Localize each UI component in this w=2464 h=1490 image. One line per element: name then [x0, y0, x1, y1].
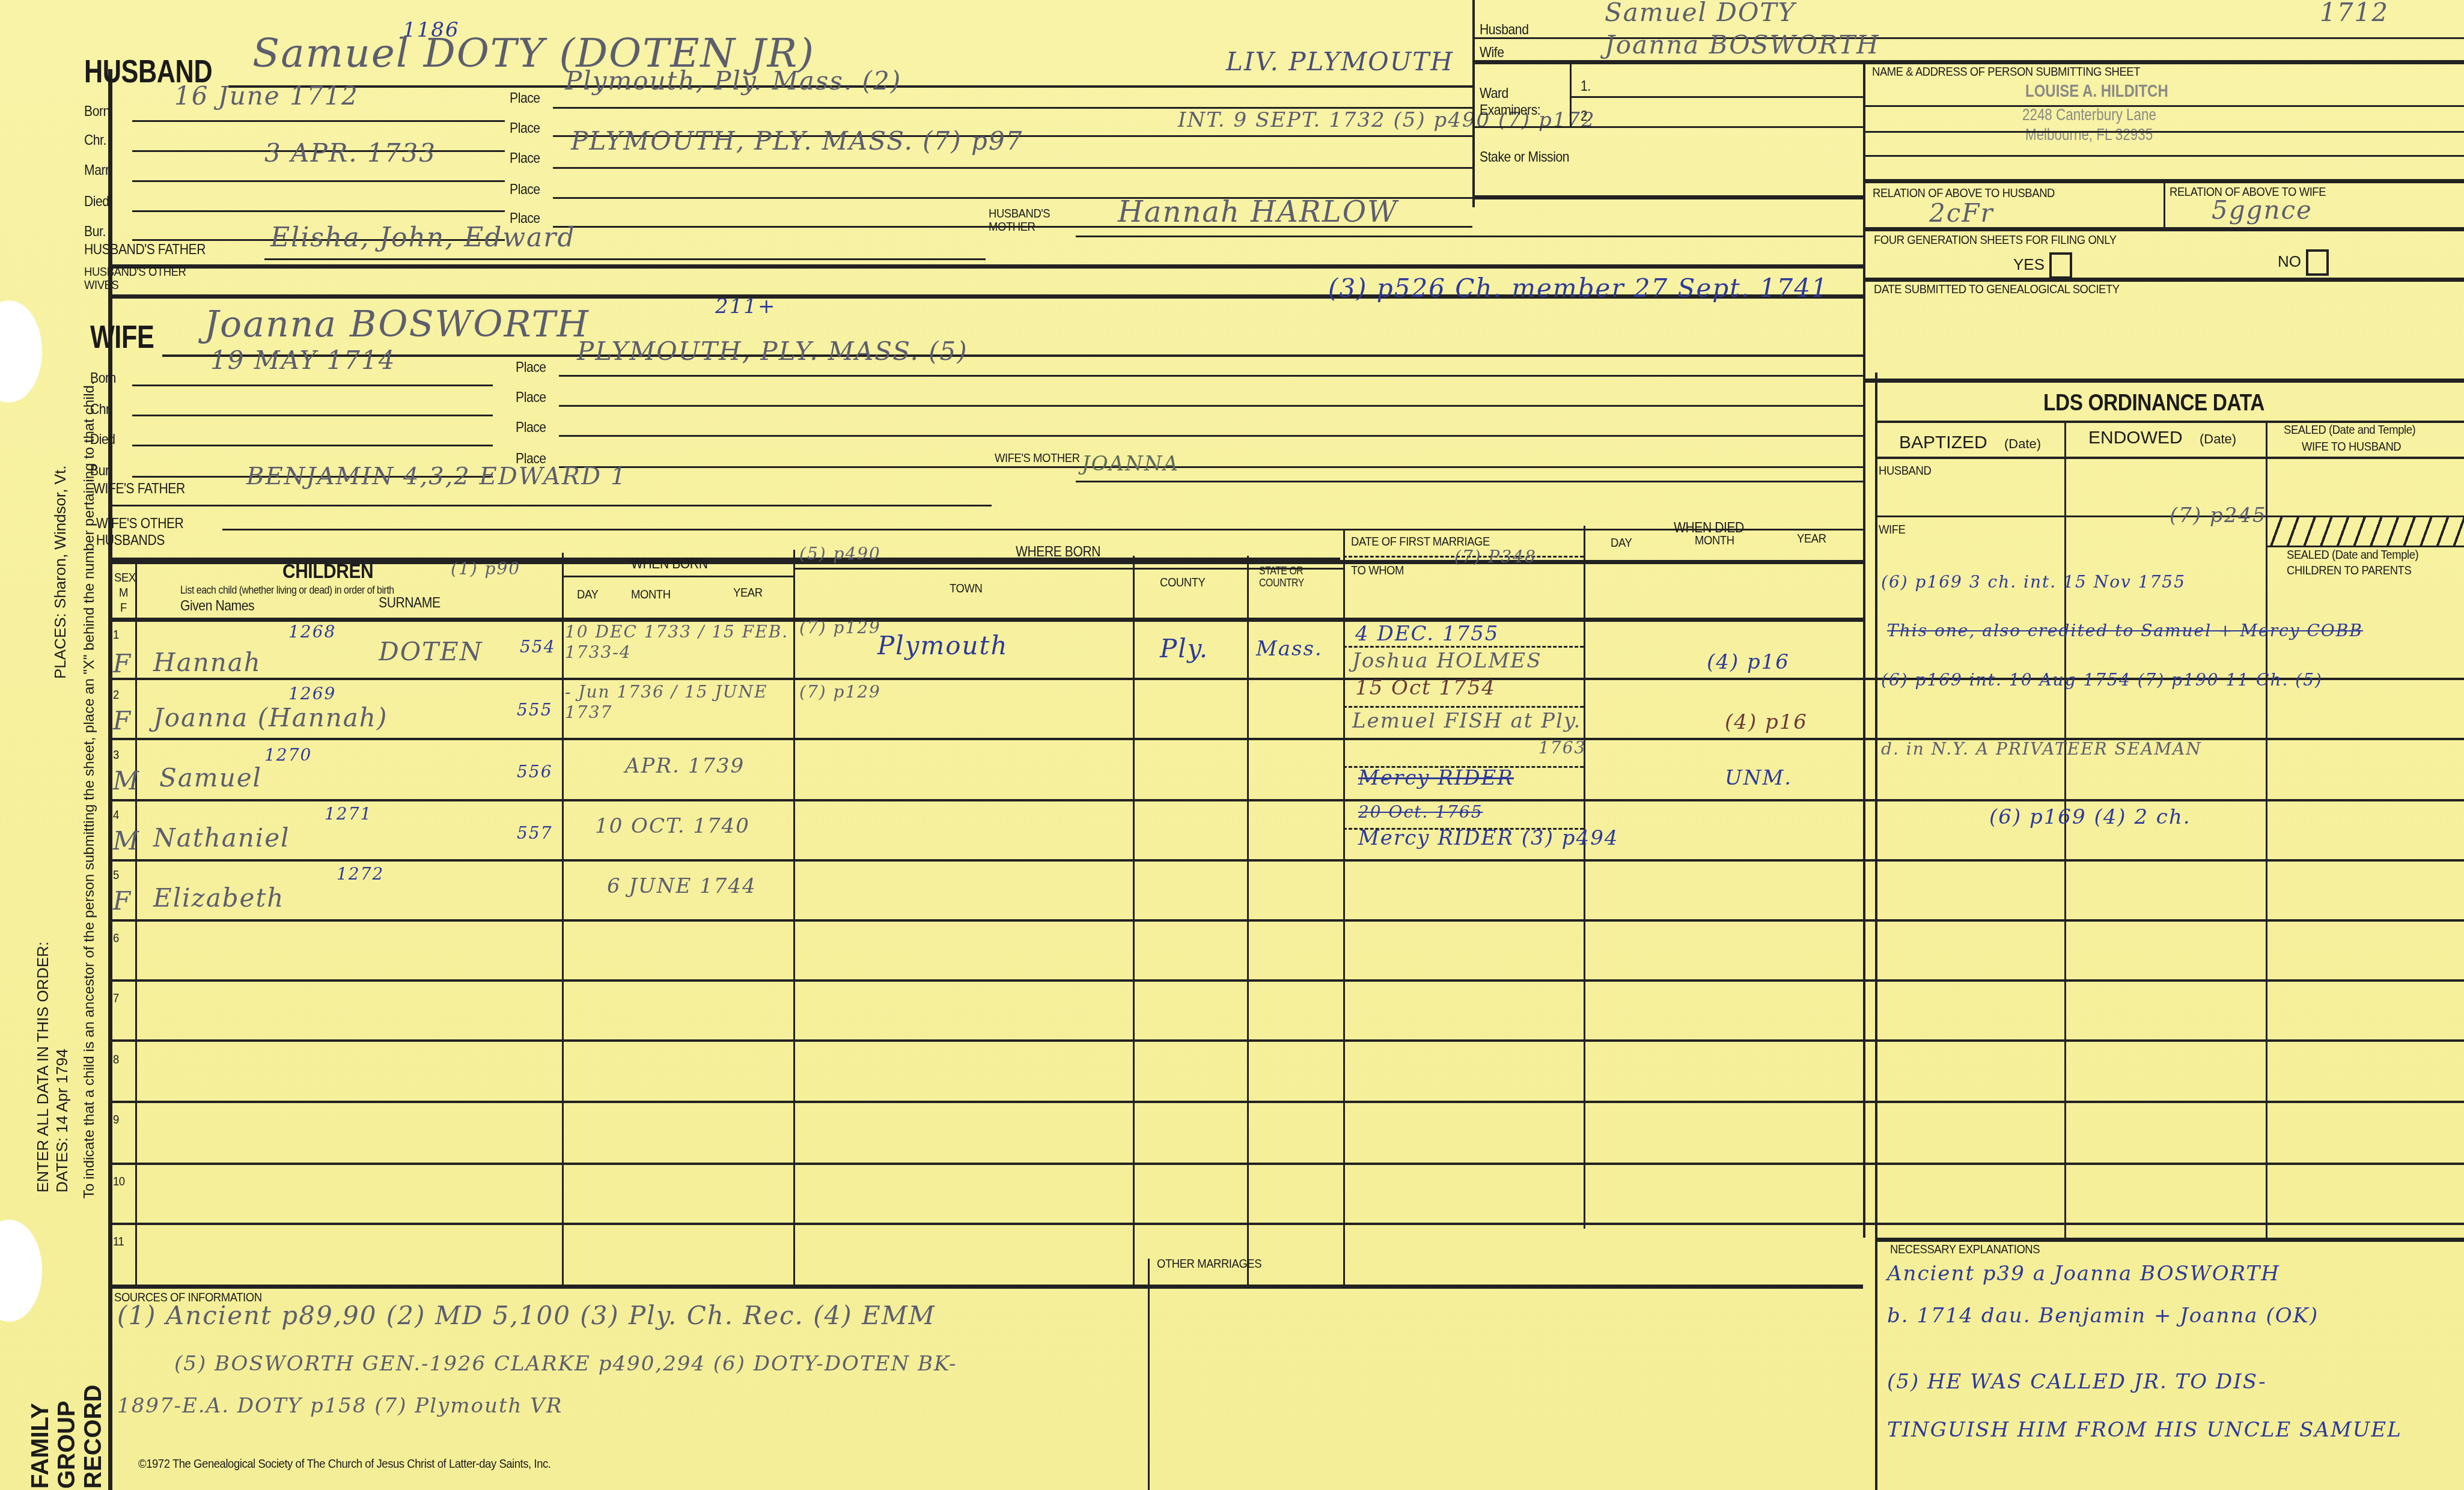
header-wife-label: Wife [1480, 44, 1504, 61]
lds-baptized-header: BAPTIZED (Date) [1899, 433, 2041, 453]
children-subheader: List each child (whether living or dead)… [180, 584, 394, 597]
child-ordinance-struck: This one, also credited to Samuel + Merc… [1887, 619, 2452, 643]
submitter-line-1 [1863, 105, 2464, 107]
relation-divider [2164, 179, 2165, 227]
col-sex [135, 562, 137, 1286]
baptized-label: BAPTIZED [1899, 433, 1987, 452]
where-born-header: WHERE BORN [1016, 544, 1100, 561]
wife-chr-place-line [559, 405, 1863, 407]
born-date-line [132, 120, 505, 122]
husband-mother-label: HUSBAND'S MOTHER [989, 207, 1094, 234]
submitter-line-2 [1863, 131, 2464, 133]
row-line-5 [108, 919, 2464, 922]
child-born-note: (7) p129 [799, 682, 881, 702]
header-husband-label: Husband [1480, 22, 1528, 38]
stake-bottom-line [1472, 195, 1863, 199]
wife-born-date-line [132, 385, 493, 386]
sealed-children-header-2: CHILDREN TO PARENTS [2287, 564, 2411, 578]
wife-chr-date-line [132, 415, 493, 416]
child-born: - Jun 1736 / 15 JUNE 1737 [565, 682, 793, 723]
child-given-name: Samuel [159, 763, 262, 792]
submitter-name-stamp: LOUISE A. HILDITCH [2025, 81, 2168, 102]
husband-marr-date: 3 APR. 1733 [264, 138, 436, 168]
ward-examiners-label: Ward Examiners: [1480, 85, 1570, 119]
ordinance-bottom [1875, 1238, 2464, 1242]
child-given-name: Nathaniel [153, 823, 290, 853]
child-given-name: Joanna (Hannah) [153, 703, 388, 732]
child-given-name: Hannah [153, 648, 261, 677]
row-line-6 [108, 979, 2464, 982]
died-year-header: YEAR [1797, 532, 1826, 546]
header-husband-value: Samuel DOTY [1605, 0, 1796, 27]
wife-church-membership-note: (3) p526 Ch. member 27 Sept. 1741 [1328, 273, 1829, 303]
died-label: Died [90, 431, 115, 448]
lds-header-bottom [1875, 457, 2464, 459]
child-sex: F [113, 886, 132, 916]
explanations-line-2: b. 1714 dau. Benjamin + Joanna (OK) [1887, 1304, 2319, 1328]
lds-husband-row-label: HUSBAND [1879, 464, 1931, 478]
child-number: 5 [113, 868, 119, 883]
child-town: Plymouth [877, 631, 1008, 660]
marr-date-line [132, 180, 505, 182]
marriage-dash-2 [1343, 706, 1584, 708]
surname-header: SURNAME [379, 595, 441, 612]
marr-place-line [553, 167, 1472, 169]
four-gen-no-option[interactable]: NO [2278, 249, 2329, 276]
husband-other-wives-label: HUSBAND'S OTHER WIVES [84, 266, 190, 292]
to-whom-header: TO WHOM [1351, 564, 1404, 578]
lds-wife-endowed-note: (7) p245 [2170, 503, 2267, 528]
where-born-source-note: (5) p490 [799, 544, 881, 564]
born-label: Born [90, 370, 116, 387]
child-born: APR. 1739 [625, 754, 745, 778]
relation-bottom [1863, 227, 2464, 231]
children-header: CHILDREN [282, 560, 373, 583]
child-spouse-struck: Mercy RIDER [1358, 766, 1514, 790]
submitter-address-1: 2248 Canterbury Lane [2022, 105, 2156, 124]
endowed-label: ENDOWED [2088, 428, 2183, 448]
when-born-header: WHEN BORN [631, 556, 707, 573]
husband-father-label: HUSBAND'S FATHER [84, 242, 206, 258]
child-number-9: 9 [113, 1113, 119, 1127]
place-label: Place [516, 419, 546, 436]
explanations-line-4: TINGUISH HIM FROM HIS UNCLE SAMUEL [1887, 1418, 2402, 1442]
wife-died-date-line [132, 445, 493, 446]
date-label: (Date) [2200, 431, 2236, 446]
child-id: 1268 [288, 622, 336, 642]
died-day-header: DAY [1611, 536, 1632, 550]
child-born: 10 OCT. 1740 [595, 814, 750, 838]
child-number-10: 10 [113, 1175, 125, 1189]
died-date-line [132, 210, 505, 212]
family-group-record-sheet: FAMILY GROUP RECORD ENTER ALL DATA IN TH… [0, 0, 2464, 1490]
child-born-note: (7) p129 [799, 618, 881, 637]
yes-label: YES [2013, 255, 2045, 273]
yes-checkbox[interactable] [2049, 252, 2072, 279]
child-id: 1272 [337, 864, 384, 884]
bur-label: Bur. [84, 223, 106, 240]
row-line-4 [108, 859, 2464, 862]
place-label: Place [510, 181, 540, 198]
marr-label: Marr. [84, 162, 112, 179]
child-number: 1 [113, 628, 119, 642]
child-ref: 556 [517, 762, 552, 782]
header-wife-value: Joanna BOSWORTH [1605, 30, 1880, 59]
lds-title: LDS ORDINANCE DATA [2043, 391, 2264, 416]
child-marriage-date: 20 Oct. 1765 [1358, 802, 1483, 822]
place-label: Place [516, 359, 546, 376]
state-header: STATE OR COUNTRY [1259, 565, 1328, 589]
child-spouse: Mercy RIDER (3) p494 [1358, 826, 1618, 850]
died-label: Died [84, 193, 109, 210]
child-id: 1269 [288, 684, 336, 704]
ward-examiner-2: 2. [1581, 108, 1591, 125]
header-wife-line [1472, 60, 2464, 64]
given-names-header: Given Names [180, 598, 254, 615]
row-line-3 [108, 799, 2464, 801]
wife-mother: JOANNA [1082, 452, 1179, 476]
child-died: (4) p16 [1707, 650, 1790, 674]
child-ordinance: (6) p169 3 ch. int. 15 Nov 1755 [1881, 572, 2186, 592]
sex-m-header: M [119, 586, 128, 600]
child-died: (4) p16 [1725, 710, 1808, 734]
right-panel-divider-2 [1875, 372, 1877, 1490]
bur-label: Bur. [90, 463, 112, 479]
four-generation-label: FOUR GENERATION SHEETS FOR FILING ONLY [1874, 233, 2117, 248]
ward-1-line [1570, 96, 1863, 98]
husband-mother: Hannah HARLOW [1118, 195, 1398, 229]
husband-residence-note: LIV. PLYMOUTH [1226, 47, 1454, 76]
child-county: Ply. [1160, 634, 1209, 663]
wife-father: BENJAMIN 4,3,2 EDWARD 1 [246, 463, 627, 490]
col-marriage [1343, 529, 1345, 1286]
child-ordinance: (6) p169 (4) 2 ch. [1989, 805, 2191, 829]
date-submitted-bottom [1863, 379, 2464, 383]
child-number: 4 [113, 808, 119, 823]
col-where-born [793, 550, 795, 1286]
row-line-9 [108, 1163, 2464, 1165]
sex-f-header: F [120, 601, 127, 615]
child-born: 10 DEC 1733 / 15 FEB. 1733-4 [565, 622, 793, 663]
sealed-wife-hatched-area [2267, 515, 2464, 546]
month-header: MONTH [631, 588, 671, 602]
child-ref: 557 [517, 823, 552, 843]
lds-wife-row-label: WIFE [1879, 523, 1905, 537]
child-number-8: 8 [113, 1053, 119, 1067]
row-line-8 [108, 1101, 2464, 1103]
child-spouse: Joshua HOLMES [1352, 649, 1542, 673]
husband-other-wives-top-line [108, 264, 1863, 269]
ancestor-instructions: To indicate that a child is an ancestor … [81, 381, 98, 1199]
row-line-10 [108, 1223, 2464, 1225]
submitter-line-3 [1863, 155, 2464, 157]
child-ordinance: (6) p169 int. 10 Aug 1754 (7) p190 11 Ch… [1881, 667, 2458, 693]
ward-bottom-line [1472, 126, 1863, 128]
husband-id-superscript: 1186 [403, 18, 460, 42]
col-when-died [1584, 526, 1585, 1229]
child-ref: 555 [517, 700, 552, 720]
husband-born-place: Plymouth, Ply. Mass. (2) [565, 66, 901, 96]
child-sex: F [113, 706, 132, 735]
date-label: (Date) [2004, 436, 2041, 451]
place-label: Place [510, 90, 540, 107]
child-state: Mass. [1256, 637, 1323, 661]
date-submitted-label: DATE SUBMITTED TO GENEALOGICAL SOCIETY [1874, 282, 2120, 297]
husband-mother-line [1076, 236, 1863, 237]
submitter-label: NAME & ADDRESS OF PERSON SUBMITTING SHEE… [1872, 65, 2140, 79]
header-year: 1712 [2320, 0, 2389, 27]
born-label: Born [84, 103, 110, 120]
punch-hole-top [0, 300, 42, 403]
year-header: YEAR [733, 586, 763, 600]
wife-name: Joanna BOSWORTH [204, 303, 590, 345]
ward-divider [1570, 60, 1572, 126]
wife-name-line [162, 354, 1863, 357]
punch-hole-bottom [0, 1220, 42, 1322]
child-sex: M [113, 826, 140, 856]
wife-born-place: PLYMOUTH, PLY. MASS. (5) [577, 336, 968, 366]
child-id: 1271 [325, 804, 372, 824]
child-number: 3 [113, 748, 119, 762]
right-header-border [1472, 0, 1475, 207]
wife-born-date: 19 MAY 1714 [210, 345, 395, 375]
copyright: ©1972 The Genealogical Society of The Ch… [138, 1457, 551, 1471]
row-line-7 [108, 1039, 2464, 1042]
town-header: TOWN [950, 582, 982, 596]
child-born: 6 JUNE 1744 [607, 874, 757, 898]
wife-other-husbands-line [222, 529, 1863, 531]
sources-line-1: (1) Ancient p89,90 (2) MD 5,100 (3) Ply.… [117, 1301, 936, 1330]
sex-header: SEX [114, 571, 136, 585]
when-born-sub-line [562, 576, 793, 577]
child-sex: F [113, 649, 132, 678]
wife-number: 211+ [715, 294, 776, 318]
child-given-name: Elizabeth [153, 883, 284, 913]
husband-father-line [264, 258, 986, 260]
explanations-line-1: Ancient p39 a Joanna BOSWORTH [1887, 1262, 2280, 1286]
ward-examiner-1: 1. [1581, 78, 1591, 95]
place-label: Place [510, 150, 540, 167]
child-number-6: 6 [113, 931, 119, 946]
county-header: COUNTY [1160, 576, 1205, 590]
children-header-bottom [108, 618, 1863, 622]
lds-hatch-bottom [2266, 546, 2464, 547]
wife-died-place-line [559, 435, 1863, 437]
form-title-vertical: FAMILY GROUP RECORD [27, 1385, 106, 1489]
enter-order-instructions: ENTER ALL DATA IN THIS ORDER: DATES: 14 … [33, 941, 72, 1193]
sources-line-3: 1897-E.A. DOTY p158 (7) Plymouth VR [117, 1394, 563, 1418]
children-source-note: (1) p90 [451, 559, 520, 579]
places-instructions: PLACES: Sharon, Windsor, Vt. [51, 466, 70, 680]
place-label: Place [510, 120, 540, 137]
husband-born-date: 16 June 1712 [174, 81, 359, 111]
four-gen-yes-option[interactable]: YES [2013, 252, 2072, 279]
child-number-7: 7 [113, 991, 119, 1006]
children-table-bottom [108, 1285, 1863, 1289]
child-ordinance: d. in N.Y. A PRIVATEER SEAMAN [1881, 739, 2202, 759]
died-month-header: MONTH [1695, 534, 1734, 548]
sealed-wife-header-1: SEALED (Date and Temple) [2284, 423, 2415, 437]
wife-father-label: WIFE'S FATHER [93, 481, 185, 497]
child-surname: DOTEN [379, 637, 483, 666]
chr-label: Chr. [84, 132, 106, 149]
wife-bur-place-line [559, 466, 1863, 468]
child-marriage-date: 15 Oct 1754 [1355, 676, 1496, 700]
submitter-address-2: Melbourne, FL 32935 [2025, 125, 2153, 144]
lds-endowed-header: ENDOWED (Date) [2088, 428, 2236, 448]
sealed-wife-header-2: WIFE TO HUSBAND [2302, 440, 2401, 454]
marriage-source-note: (7) P348 [1454, 547, 1537, 567]
child-number: 2 [113, 688, 119, 702]
wife-section-label: WIFE [90, 318, 154, 356]
explanations-line-3: (5) HE WAS CALLED JR. TO DIS- [1887, 1370, 2267, 1394]
relation-wife-value: 5ggnce [2212, 195, 2313, 225]
right-panel-divider [1863, 60, 1865, 1238]
child-spouse: UNM. [1725, 766, 1792, 790]
child-number-11: 11 [113, 1235, 124, 1249]
wife-father-line [108, 505, 992, 506]
no-checkbox[interactable] [2306, 249, 2329, 276]
four-gen-bottom [1863, 278, 2464, 282]
marriage-dash-1 [1343, 646, 1584, 648]
child-sex: M [113, 766, 140, 795]
chr-label: Chr. [90, 401, 112, 418]
wife-born-place-line [559, 375, 1863, 377]
day-header: DAY [577, 588, 598, 602]
child-marriage-date: 4 DEC. 1755 [1355, 622, 1499, 646]
child-id: 1270 [264, 745, 312, 765]
explanations-label: NECESSARY EXPLANATIONS [1890, 1242, 2040, 1257]
sources-line-2: (5) BOSWORTH GEN.-1926 CLARKE p490,294 (… [174, 1352, 957, 1376]
child-ref: 554 [520, 637, 555, 657]
child-died: 1763 [1538, 738, 1586, 758]
lds-col-1 [2064, 421, 2066, 1238]
sealed-children-header-1: SEALED (Date and Temple) [2287, 548, 2418, 562]
relation-husband-value: 2cFr [1929, 198, 1993, 228]
wife-mother-line [1076, 481, 1863, 482]
husband-marr-place: PLYMOUTH, PLY. MASS. (7) p97 [571, 126, 1023, 156]
other-marriages-label: OTHER MARRIAGES [1157, 1257, 1261, 1271]
husband-father: Elisha, John, Edward [270, 222, 576, 253]
wife-mother-label: WIFE'S MOTHER [995, 452, 1090, 465]
place-label: Place [516, 389, 546, 406]
no-label: NO [2278, 252, 2301, 270]
wife-other-husbands-label: WIFE'S OTHER HUSBANDS [96, 515, 213, 549]
child-spouse: Lemuel FISH at Ply. [1352, 709, 1581, 733]
other-marriages-divider [1148, 1259, 1150, 1490]
stake-mission-label: Stake or Mission [1480, 149, 1570, 166]
